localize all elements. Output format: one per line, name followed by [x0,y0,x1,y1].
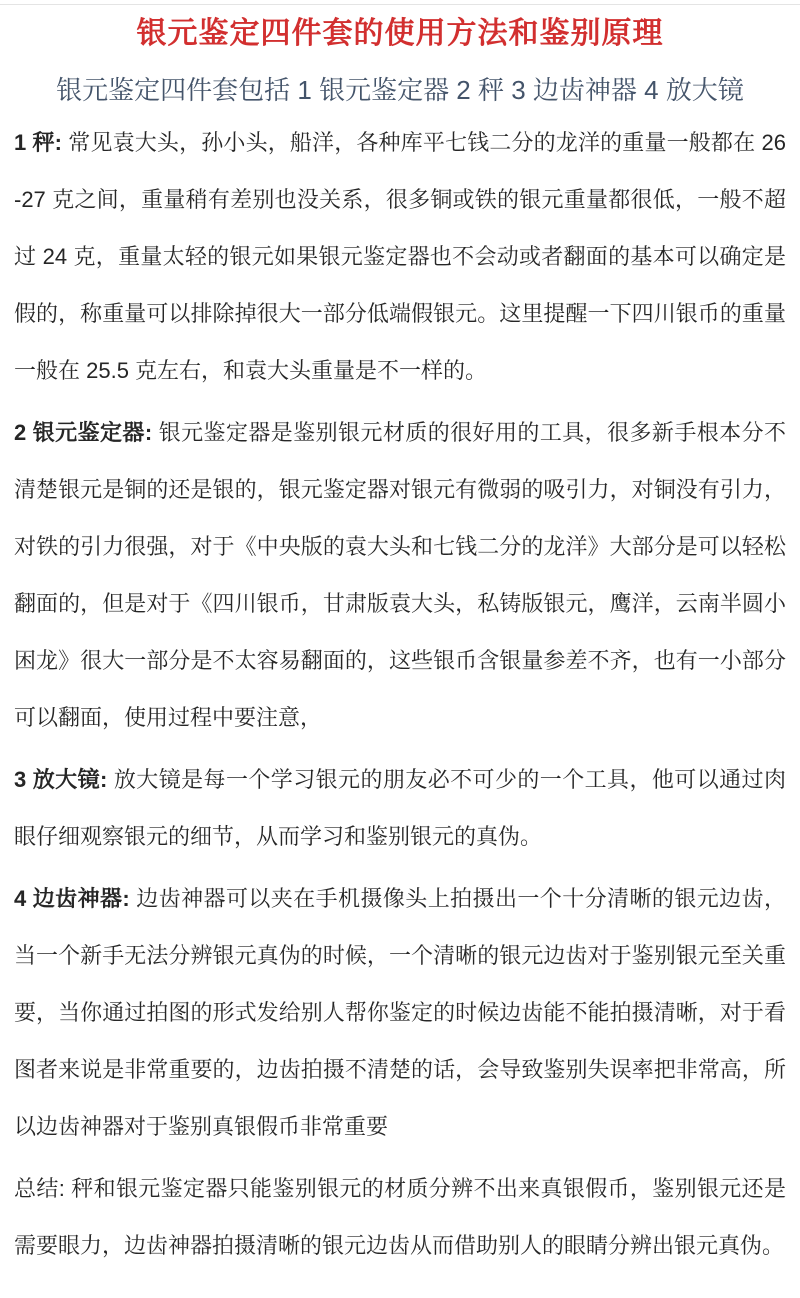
document-page: 银元鉴定四件套的使用方法和鉴别原理 银元鉴定四件套包括 1 银元鉴定器 2 秤 … [0,14,800,1274]
paragraph-scale: 1 秤: 常见袁大头，孙小头，船洋，各种库平七钱二分的龙洋的重量一般都在 26-… [14,114,786,399]
paragraph-edge-tool-label: 4 边齿神器: [14,886,136,911]
page-title: 银元鉴定四件套的使用方法和鉴别原理 [14,14,786,54]
paragraph-detector-label: 2 银元鉴定器: [14,420,159,445]
paragraph-magnifier-text: 放大镜是每一个学习银元的朋友必不可少的一个工具，他可以通过肉眼仔细观察银元的细节… [14,767,786,849]
paragraph-detector-text: 银元鉴定器是鉴别银元材质的很好用的工具，很多新手根本分不清楚银元是铜的还是银的，… [14,420,786,730]
paragraph-magnifier: 3 放大镜: 放大镜是每一个学习银元的朋友必不可少的一个工具，他可以通过肉眼仔细… [14,751,786,865]
paragraph-detector: 2 银元鉴定器: 银元鉴定器是鉴别银元材质的很好用的工具，很多新手根本分不清楚银… [14,404,786,746]
paragraph-summary: 总结: 秤和银元鉴定器只能鉴别银元的材质分辨不出来真银假币，鉴别银元还是需要眼力… [14,1160,786,1274]
paragraph-scale-text: 常见袁大头，孙小头，船洋，各种库平七钱二分的龙洋的重量一般都在 26-27 克之… [14,130,786,383]
paragraph-summary-label: 总结: [14,1176,71,1201]
paragraph-summary-text: 秤和银元鉴定器只能鉴别银元的材质分辨不出来真银假币，鉴别银元还是需要眼力，边齿神… [14,1176,786,1258]
paragraph-magnifier-label: 3 放大镜: [14,767,114,792]
top-divider [0,4,800,5]
paragraph-edge-tool: 4 边齿神器: 边齿神器可以夹在手机摄像头上拍摄出一个十分清晰的银元边齿，当一个… [14,870,786,1155]
page-subtitle: 银元鉴定四件套包括 1 银元鉴定器 2 秤 3 边齿神器 4 放大镜 [14,73,786,107]
paragraph-edge-tool-text: 边齿神器可以夹在手机摄像头上拍摄出一个十分清晰的银元边齿，当一个新手无法分辨银元… [14,886,786,1139]
paragraph-scale-label: 1 秤: [14,130,68,155]
document-body: 1 秤: 常见袁大头，孙小头，船洋，各种库平七钱二分的龙洋的重量一般都在 26-… [14,114,786,1274]
